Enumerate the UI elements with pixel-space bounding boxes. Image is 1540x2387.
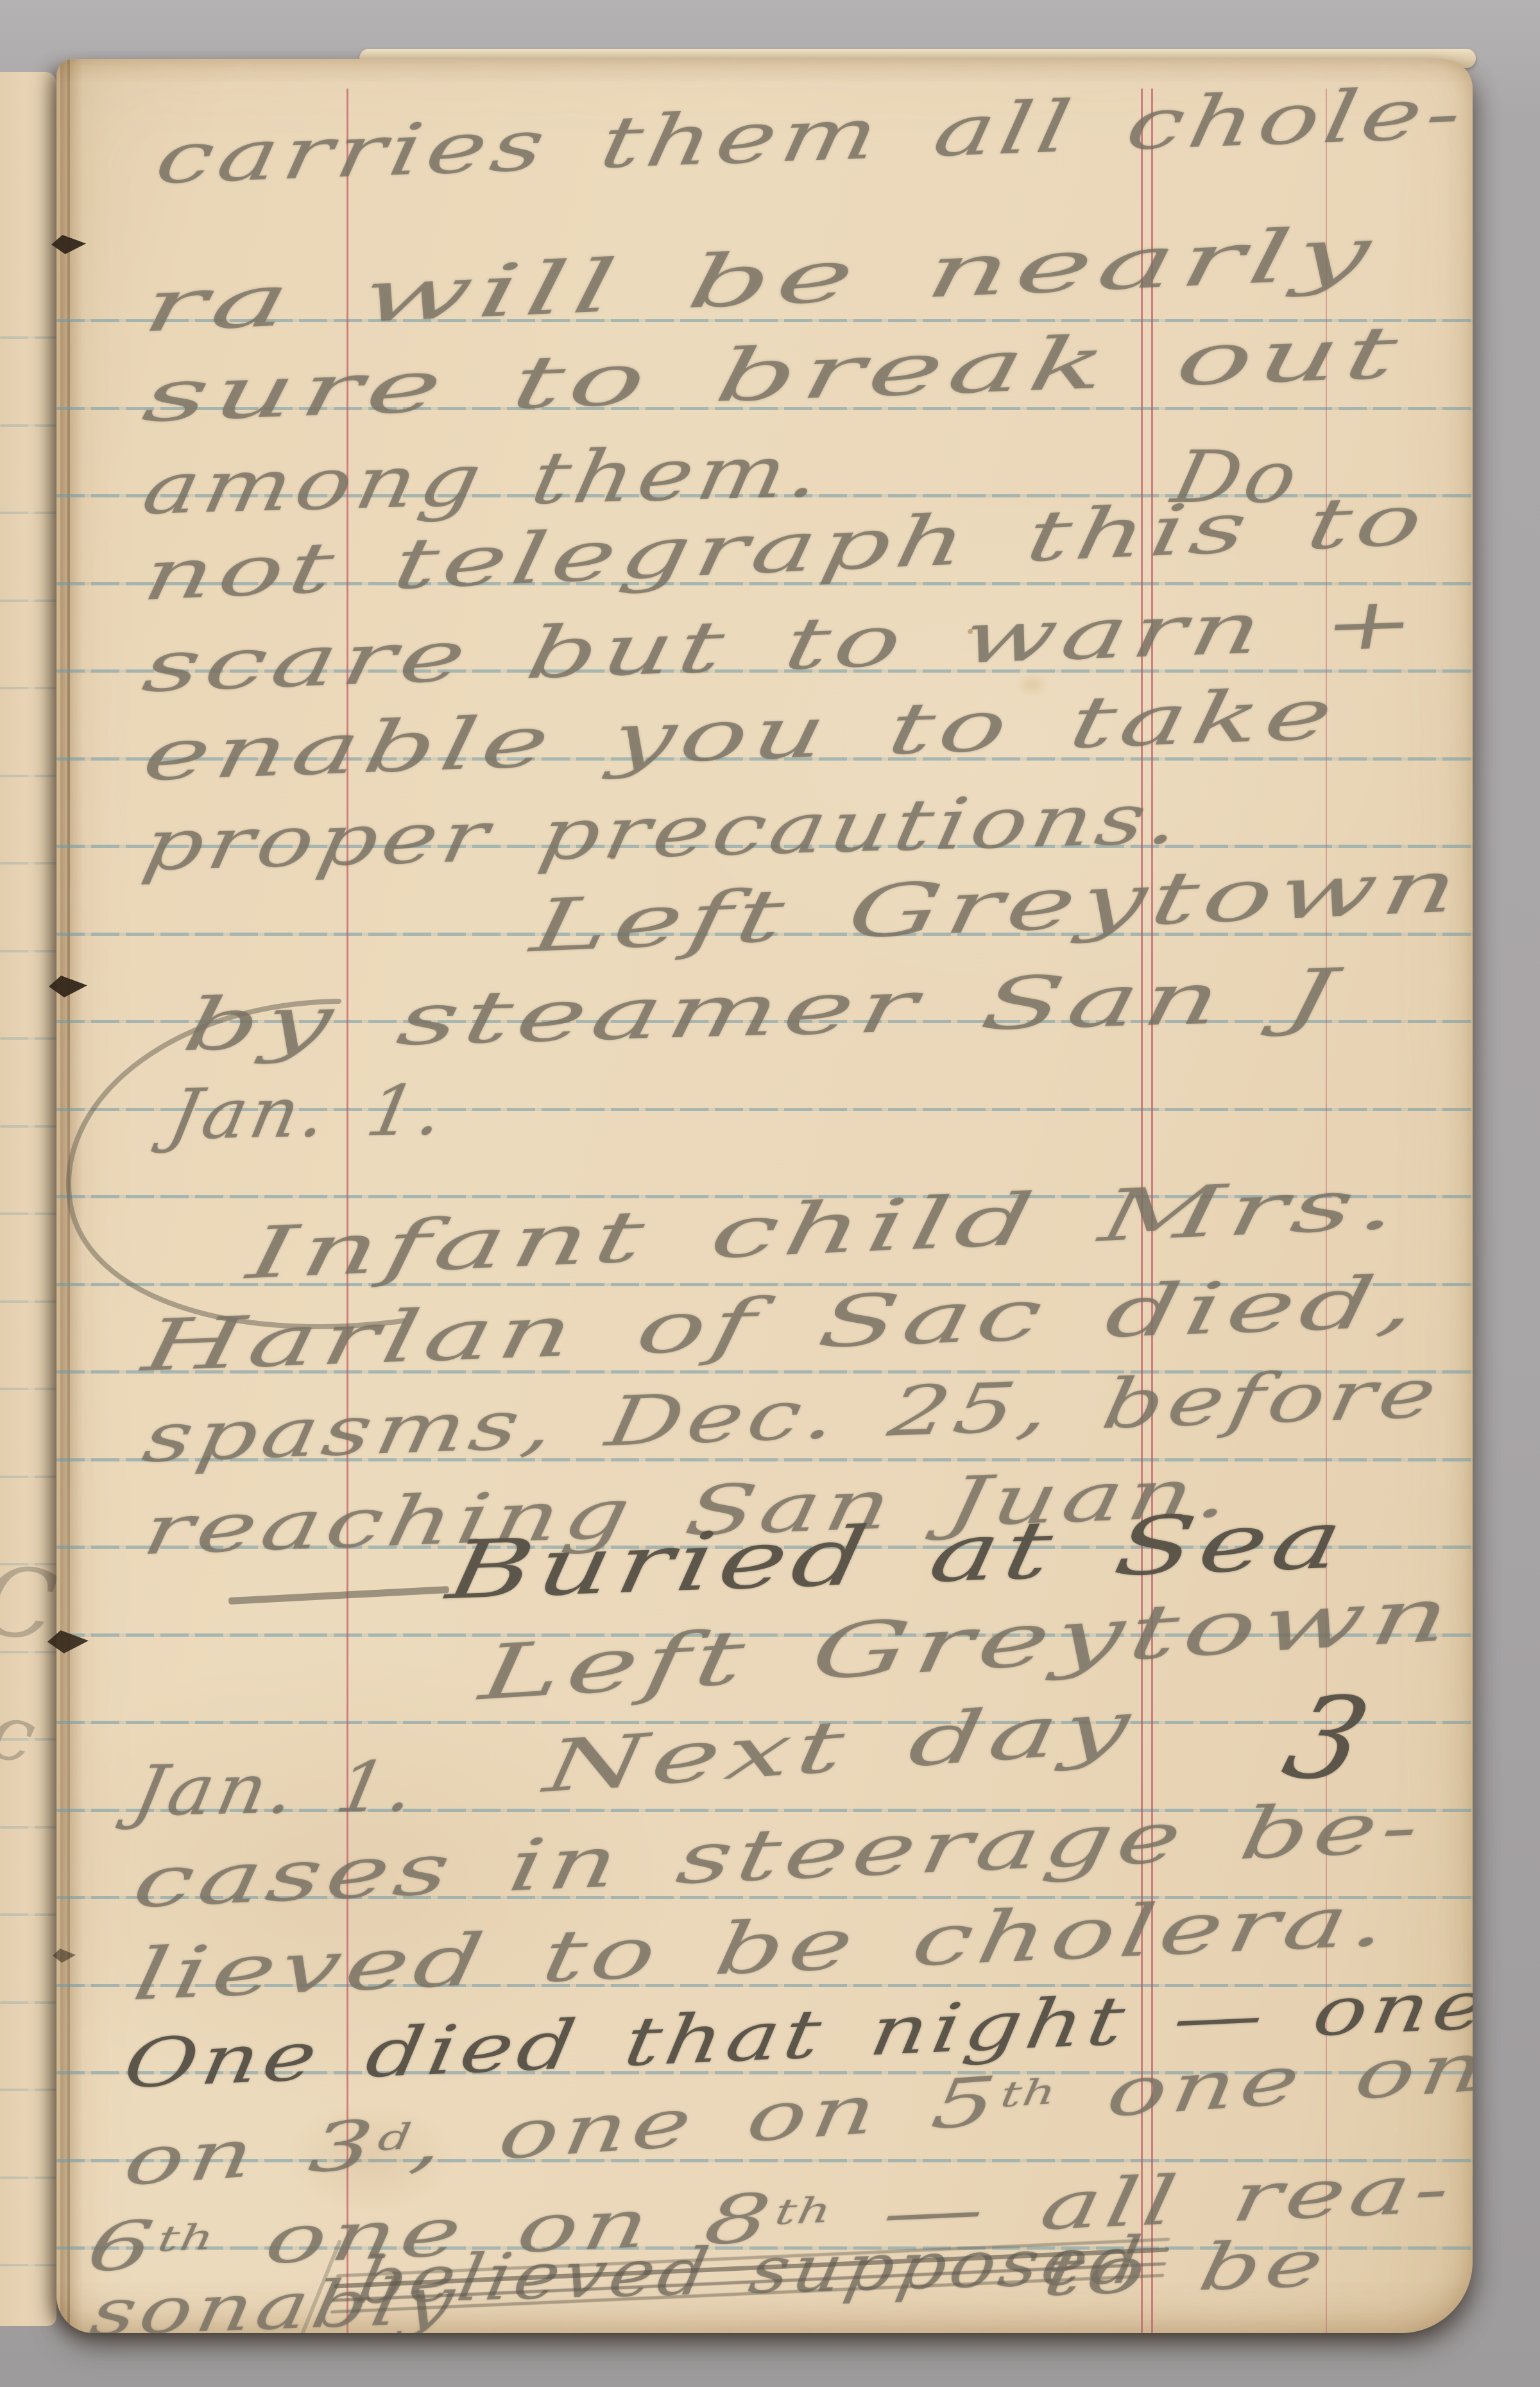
rule-line bbox=[0, 2001, 56, 2004]
facing-page-sliver: C c bbox=[0, 72, 56, 2326]
rule-line bbox=[0, 336, 56, 339]
handwriting-line: believed supposed bbox=[352, 2228, 1149, 2314]
handwriting-line: 3 bbox=[1274, 1680, 1385, 1800]
rule-line bbox=[0, 2176, 56, 2179]
pencil-mark-facing-page: c bbox=[0, 1685, 44, 1782]
rule-line bbox=[0, 862, 56, 865]
rule-line bbox=[0, 687, 56, 689]
rule-line bbox=[0, 2264, 56, 2266]
rule-line bbox=[0, 1826, 56, 1829]
handwriting-line: by steamer San J bbox=[178, 960, 1347, 1062]
rule-line bbox=[0, 424, 56, 427]
rule-line bbox=[0, 1913, 56, 1916]
rule-line bbox=[0, 1212, 56, 1215]
handwriting-line: carries them all chole- bbox=[151, 77, 1472, 194]
pencil-dash bbox=[228, 1586, 449, 1605]
rule-line bbox=[0, 1300, 56, 1303]
rule-line bbox=[0, 1476, 56, 1478]
rule-line bbox=[0, 950, 56, 952]
rule-line bbox=[0, 599, 56, 602]
notebook-page: carries them all chole-ra will be nearly… bbox=[56, 59, 1473, 2333]
rule-line bbox=[0, 1388, 56, 1390]
scanned-notebook-photo: { "journal_page": { "colors": { "backgro… bbox=[0, 0, 1540, 2387]
rule-line bbox=[0, 1125, 56, 1128]
rule-line bbox=[0, 2089, 56, 2091]
rule-line bbox=[0, 775, 56, 777]
handwriting-line: Jan. 1. bbox=[163, 1076, 452, 1150]
handwriting-line: Jan. 1. bbox=[128, 1752, 424, 1827]
rule-line bbox=[0, 1037, 56, 1040]
rule-line bbox=[0, 512, 56, 514]
handwriting-line: to be bbox=[1039, 2231, 1333, 2305]
pencil-mark-facing-page: C bbox=[0, 1544, 63, 1664]
